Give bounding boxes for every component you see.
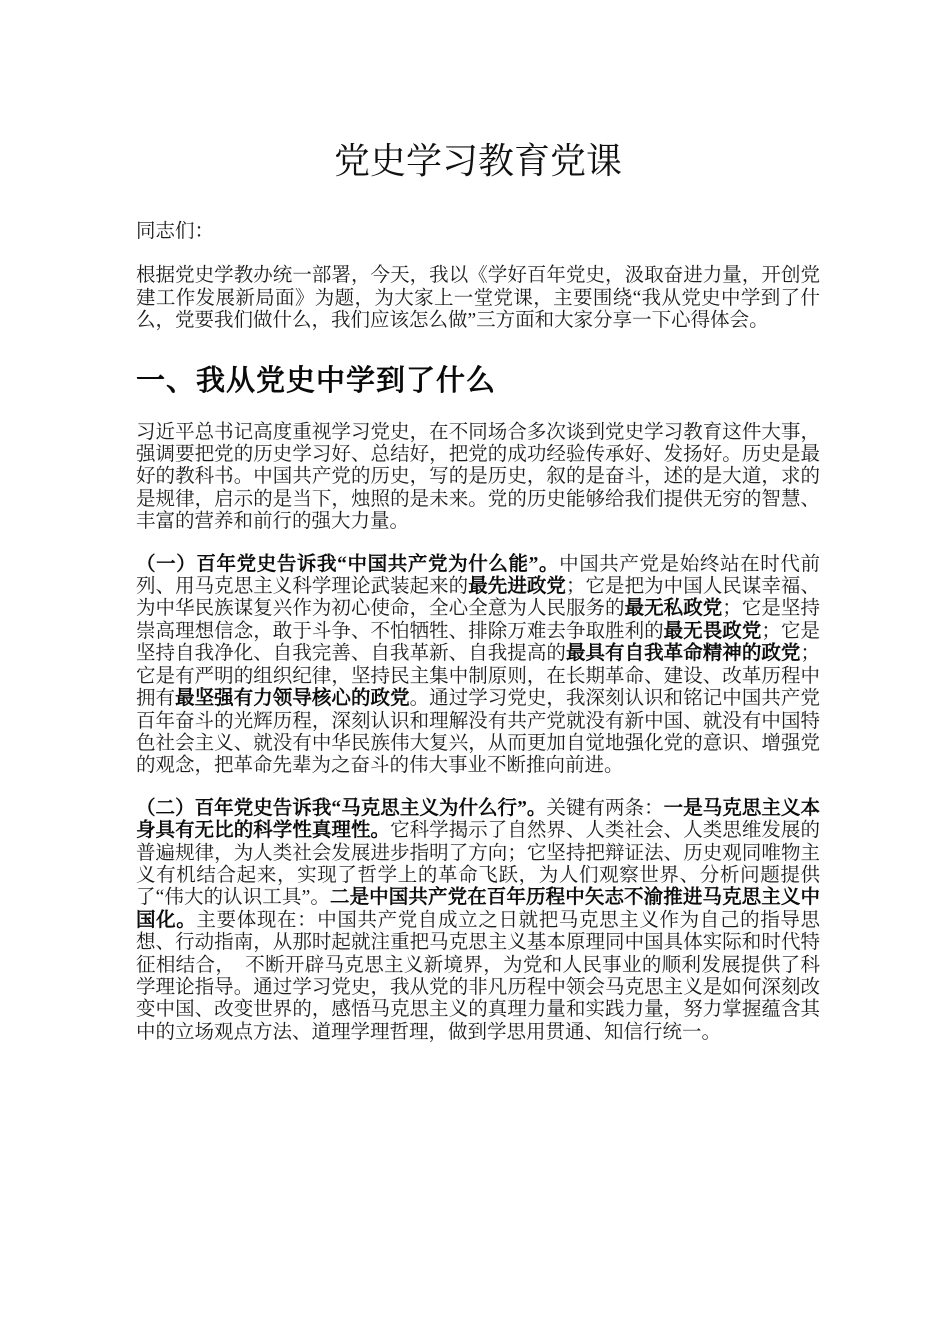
intro-paragraph: 根据党史学教办统一部署，今天，我以《学好百年党史，汲取奋进力量，开创党建工作发展…: [136, 265, 820, 332]
section-1-point-2-paragraph: （二）百年党史告诉我“马克思主义为什么行”。关键有两条：一是马克思主义本身具有无…: [136, 798, 820, 1044]
document-page: 党史学习教育党课 同志们： 根据党史学教办统一部署，今天，我以《学好百年党史，汲…: [0, 0, 950, 1344]
section-1-lead-paragraph: 习近平总书记高度重视学习党史，在不同场合多次谈到党史学习教育这件大事，强调要把党…: [136, 422, 820, 534]
document-content: 党史学习教育党课 同志们： 根据党史学教办统一部署，今天，我以《学好百年党史，汲…: [0, 0, 950, 1044]
section-1-heading: 一、我从党史中学到了什么: [136, 362, 820, 400]
section-1-point-1-paragraph: （一）百年党史告诉我“中国共产党为什么能”。中国共产党是始终站在时代前列、用马克…: [136, 554, 820, 778]
salutation: 同志们：: [136, 221, 820, 243]
document-title: 党史学习教育党课: [136, 138, 820, 184]
